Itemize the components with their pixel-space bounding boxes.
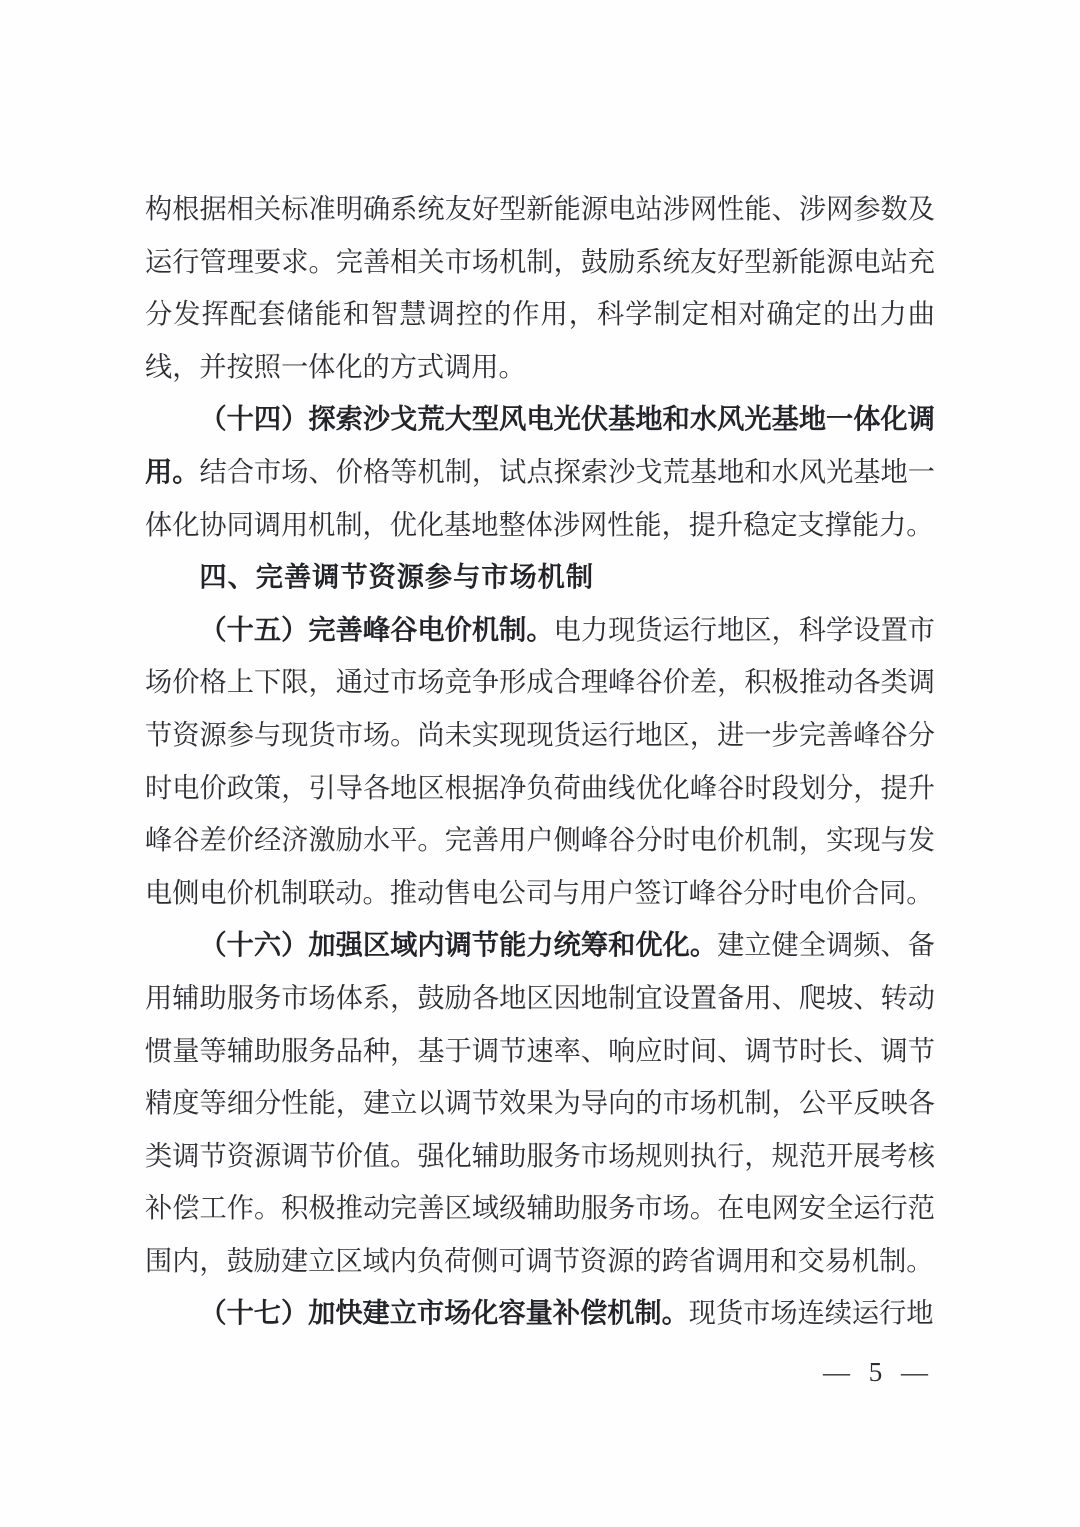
- paragraph: （十六）加强区域内调节能力统筹和优化。建立健全调频、备用辅助服务市场体系，鼓励各…: [145, 919, 935, 1287]
- clause-title: （十五）完善峰谷电价机制。: [199, 615, 553, 645]
- document-body: 构根据相关标准明确系统友好型新能源电站涉网性能、涉网参数及运行管理要求。完善相关…: [145, 183, 935, 1340]
- section-heading-label: 四、完善调节资源参与市场机制: [199, 561, 594, 592]
- clause-title: （十六）加强区域内调节能力统筹和优化。: [199, 930, 717, 960]
- body-text: 现货市场连续运行地: [689, 1298, 934, 1328]
- body-text: 建立健全调频、备用辅助服务市场体系，鼓励各地区因地制宜设置备用、爬坡、转动惯量等…: [145, 930, 935, 1276]
- paragraph: （十七）加快建立市场化容量补偿机制。现货市场连续运行地: [145, 1287, 935, 1340]
- clause-title: （十七）加快建立市场化容量补偿机制。: [199, 1298, 688, 1328]
- page-number: — 5 —: [823, 1352, 934, 1392]
- document-page: 构根据相关标准明确系统友好型新能源电站涉网性能、涉网参数及运行管理要求。完善相关…: [0, 0, 1080, 1527]
- paragraph: （十四）探索沙戈荒大型风电光伏基地和水风光基地一体化调用。结合市场、价格等机制，…: [145, 393, 935, 551]
- paragraph: 构根据相关标准明确系统友好型新能源电站涉网性能、涉网参数及运行管理要求。完善相关…: [145, 183, 935, 393]
- paragraph: （十五）完善峰谷电价机制。电力现货运行地区，科学设置市场价格上下限，通过市场竞争…: [145, 604, 935, 920]
- section-heading: 四、完善调节资源参与市场机制: [145, 551, 935, 604]
- body-text: 结合市场、价格等机制，试点探索沙戈荒基地和水风光基地一体化协同调用机制，优化基地…: [145, 457, 935, 540]
- body-text: 电力现货运行地区，科学设置市场价格上下限，通过市场竞争形成合理峰谷价差，积极推动…: [145, 615, 935, 908]
- body-text: 构根据相关标准明确系统友好型新能源电站涉网性能、涉网参数及运行管理要求。完善相关…: [145, 194, 935, 382]
